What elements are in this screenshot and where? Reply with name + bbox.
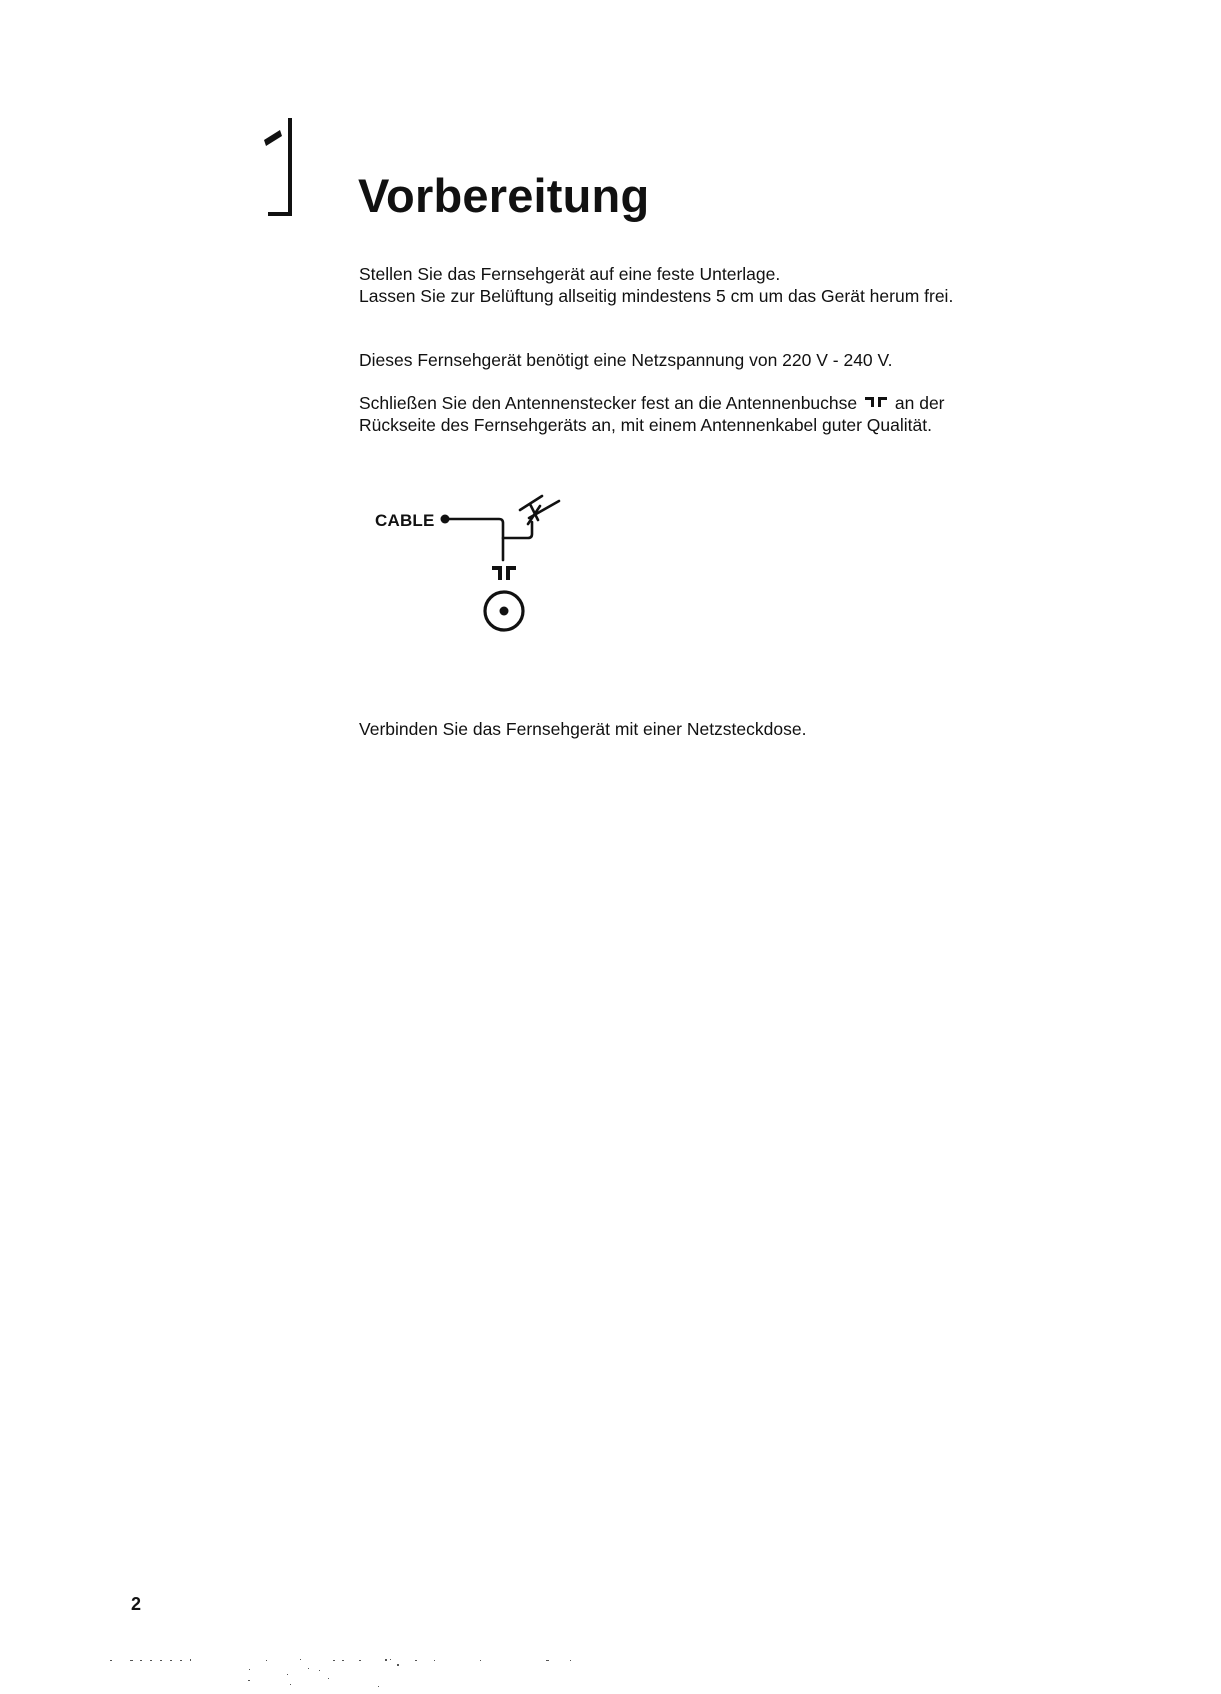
chapter-one-glyph-icon — [262, 118, 312, 222]
mains-paragraph: Verbinden Sie das Fernsehgerät mit einer… — [359, 718, 979, 740]
page-number: 2 — [131, 1594, 141, 1615]
antenna-socket-icon — [864, 396, 888, 408]
antenna-connection-diagram: CABLE — [370, 488, 590, 648]
antenna-paragraph: Schließen Sie den Antennenstecker fest a… — [359, 392, 979, 436]
placement-paragraph: Stellen Sie das Fernsehgerät auf eine fe… — [359, 263, 979, 307]
coax-socket-icon — [485, 592, 523, 630]
antenna-wiring-icon — [370, 488, 590, 648]
page-title: Vorbereitung — [358, 172, 649, 219]
placement-line-2: Lassen Sie zur Belüftung allseitig minde… — [359, 286, 953, 306]
placement-line-1: Stellen Sie das Fernsehgerät auf eine fe… — [359, 264, 780, 284]
antenna-socket-icon — [492, 566, 516, 580]
antenna-icon — [520, 496, 559, 524]
scan-artifacts — [0, 1650, 1221, 1694]
voltage-paragraph: Dieses Fernsehgerät benötigt eine Netzsp… — [359, 349, 979, 371]
chapter-number-mark — [262, 118, 312, 222]
antenna-text-start: Schließen Sie den Antennenstecker fest a… — [359, 393, 857, 413]
